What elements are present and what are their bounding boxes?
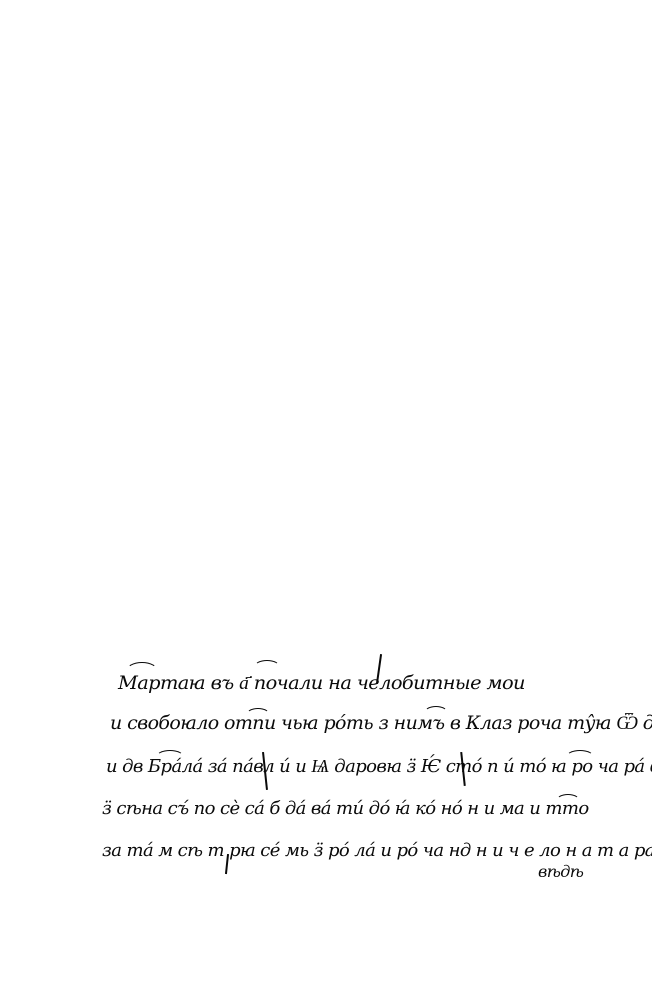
titlo-mark xyxy=(246,708,270,722)
titlo-mark xyxy=(566,750,594,764)
manuscript-line-6: вѣдѣ xyxy=(538,864,583,880)
titlo-mark xyxy=(556,794,580,808)
titlo-mark xyxy=(126,662,158,680)
page: Мартаꙗ въ а҃ почали на челобитные мои и … xyxy=(0,0,652,992)
titlo-mark xyxy=(424,706,448,720)
titlo-mark xyxy=(254,660,280,674)
manuscript-line-1: Мартаꙗ въ а҃ почали на челобитные мои xyxy=(118,674,525,693)
manuscript-line-4: ӟ сѣна съ́ по сѐ са́ б да́ ва́ ти́ до́ ꙗ… xyxy=(102,800,589,818)
manuscript-line-5: за та́ м сѣ т рꙗ се́ мь ӟ ро́ ла́ и ро́ … xyxy=(102,842,652,860)
manuscript-line-2: и свобоꙗло отпи чьꙗ ро́ть з нимъ в Клаз … xyxy=(110,714,652,733)
titlo-mark xyxy=(156,750,184,764)
manuscript-fragment: Мартаꙗ въ а҃ почали на челобитные мои и … xyxy=(96,652,596,884)
